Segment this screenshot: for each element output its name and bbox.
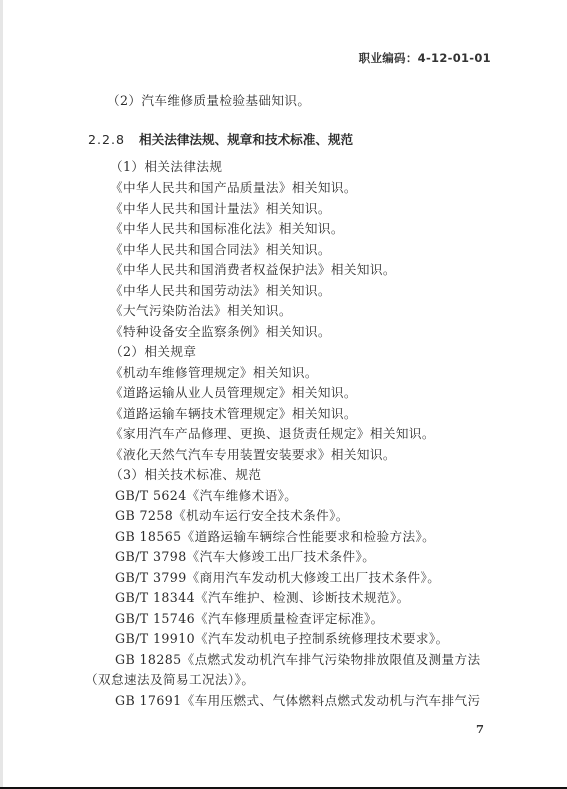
subsection-laws: （1）相关法律法规 — [110, 159, 222, 175]
list-item: GB/T 5624《汽车维修术语》。 — [115, 488, 297, 504]
section-number: 2.2.8 — [88, 132, 125, 147]
list-item: 《中华人民共和国劳动法》相关知识。 — [110, 283, 331, 299]
list-item: 《中华人民共和国消费者权益保护法》相关知识。 — [110, 262, 396, 278]
list-item: GB 17691《车用压燃式、气体燃料点燃式发动机与汽车排气污 — [115, 693, 480, 709]
subsection-regulations: （2）相关规章 — [110, 344, 196, 360]
list-item: 《道路运输从业人员管理规定》相关知识。 — [110, 385, 357, 401]
previous-item: （2）汽车维修质量检验基础知识。 — [107, 93, 310, 109]
list-item: GB 7258《机动车运行安全技术条件》。 — [115, 508, 349, 524]
list-item: GB 18565《道路运输车辆综合性能要求和检验方法》。 — [115, 529, 435, 545]
list-item: GB/T 15746《汽车修理质量检查评定标准》。 — [115, 611, 384, 627]
page-left-edge — [0, 0, 3, 789]
list-item: 《中华人民共和国计量法》相关知识。 — [110, 201, 331, 217]
list-item-continuation: （双怠速法及简易工况法）》。 — [85, 672, 254, 688]
occupation-code-header: 职业编码：4-12-01-01 — [359, 50, 491, 66]
list-item: GB/T 18344《汽车维护、检测、诊断技术规范》。 — [115, 590, 410, 606]
section-title: 相关法律法规、规章和技术标准、规范 — [139, 132, 353, 147]
list-item: 《中华人民共和国合同法》相关知识。 — [110, 242, 331, 258]
list-item: 《中华人民共和国标准化法》相关知识。 — [110, 221, 344, 237]
list-item: GB/T 19910《汽车发动机电子控制系统修理技术要求》。 — [115, 631, 449, 647]
list-item: 《道路运输车辆技术管理规定》相关知识。 — [110, 406, 357, 422]
list-item: 《中华人民共和国产品质量法》相关知识。 — [110, 180, 357, 196]
page-number: 7 — [476, 722, 484, 736]
list-item: GB 18285《点燃式发动机汽车排气污染物排放限值及测量方法 — [115, 652, 480, 668]
subsection-standards: （3）相关技术标准、规范 — [110, 467, 261, 483]
list-item: 《大气污染防治法》相关知识。 — [110, 303, 292, 319]
list-item: GB/T 3798《汽车大修竣工出厂技术条件》。 — [115, 549, 375, 565]
list-item: 《机动车维修管理规定》相关知识。 — [110, 365, 318, 381]
list-item: 《家用汽车产品修理、更换、退货责任规定》相关知识。 — [110, 426, 435, 442]
section-heading: 2.2.8相关法律法规、规章和技术标准、规范 — [88, 129, 353, 148]
list-item: 《液化天然气汽车专用装置安装要求》相关知识。 — [110, 447, 396, 463]
list-item: 《特种设备安全监察条例》相关知识。 — [110, 324, 331, 340]
list-item: GB/T 3799《商用汽车发动机大修竣工出厂技术条件》。 — [115, 570, 440, 586]
